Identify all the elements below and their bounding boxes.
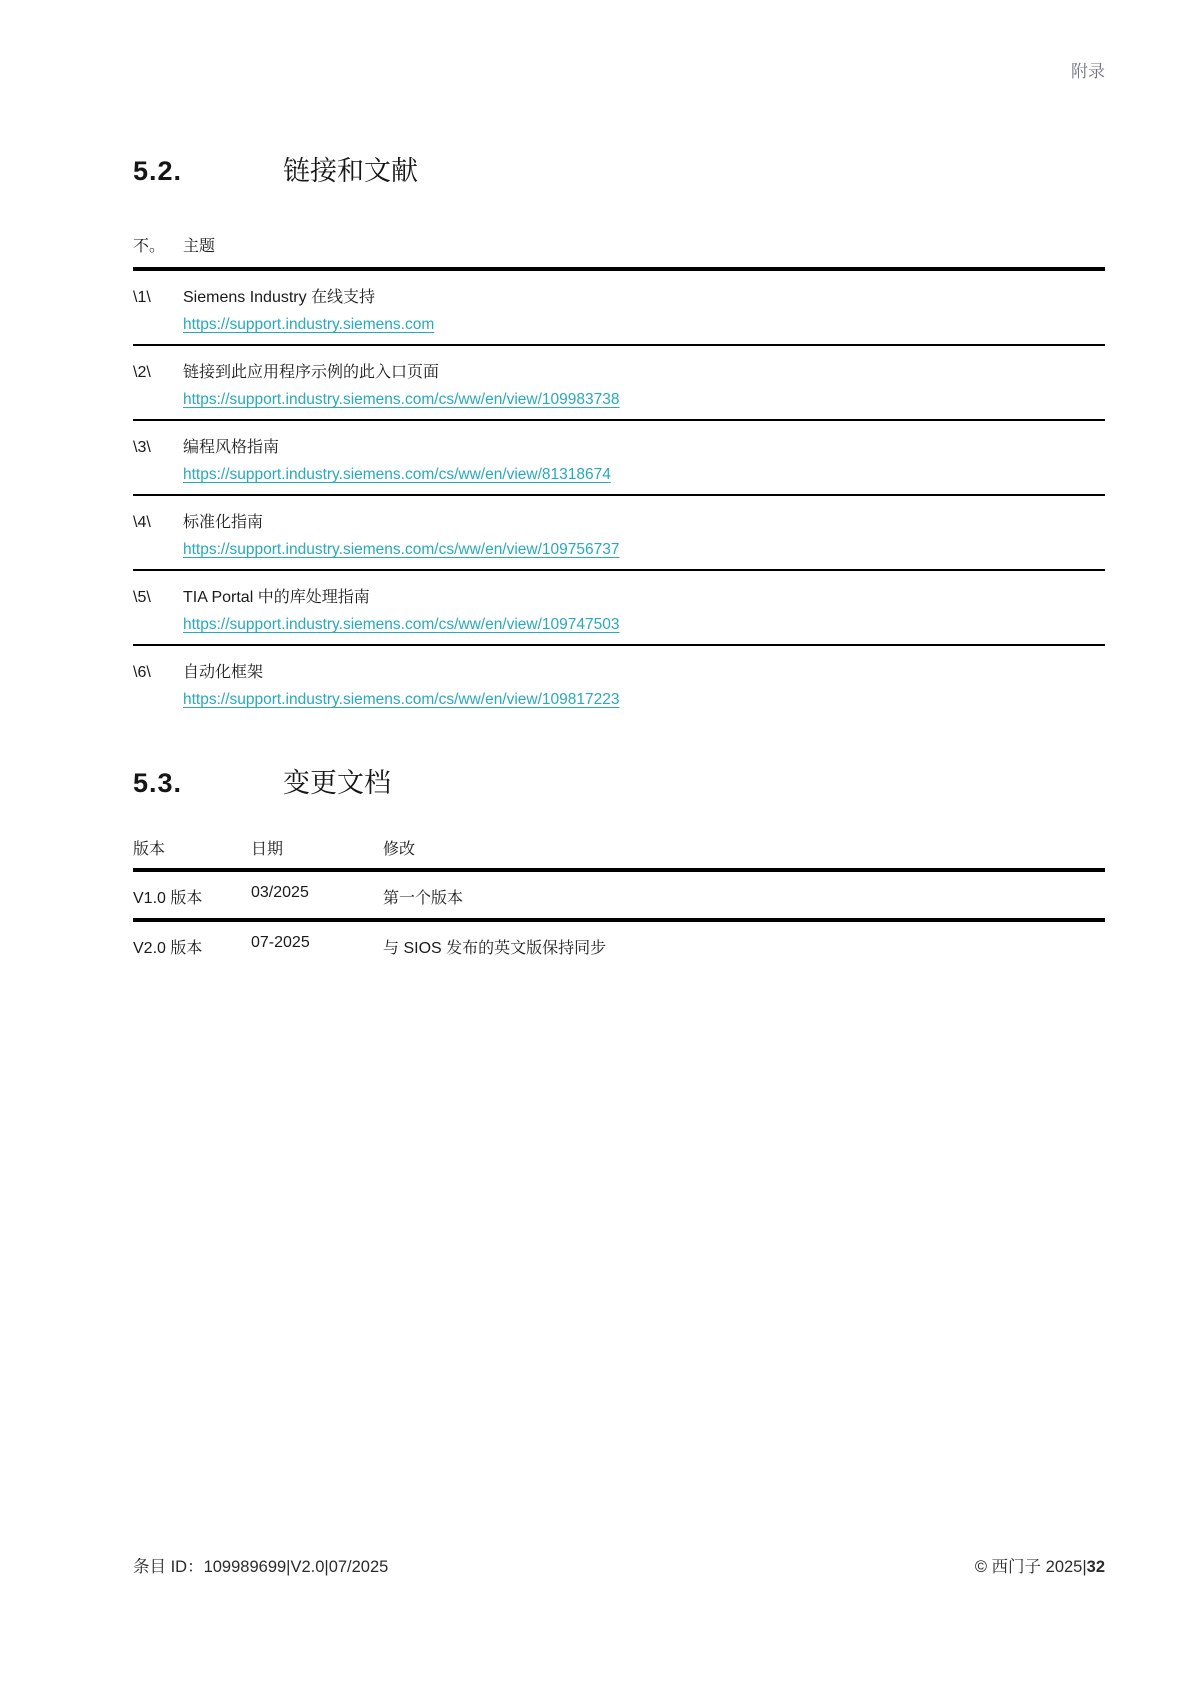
change-cell: 第一个版本: [383, 870, 1105, 920]
column-header-topic: 主题: [183, 237, 1105, 269]
table-row: \4\ 标准化指南 https://support.industry.sieme…: [133, 495, 1105, 570]
version-cell: V1.0 版本: [133, 870, 251, 920]
ref-title: Siemens Industry 在线支持: [183, 288, 1105, 308]
ref-link[interactable]: https://support.industry.siemens.com/cs/…: [183, 616, 620, 633]
footer-entry-id: 条目 ID：109989699|V2.0|07/2025: [133, 1553, 388, 1577]
ref-link[interactable]: https://support.industry.siemens.com/cs/…: [183, 541, 620, 558]
footer-copyright: © 西门子 2025|32: [975, 1553, 1105, 1577]
date-cell: 07-2025: [251, 934, 310, 951]
ref-number: \1\: [133, 269, 183, 345]
change-cell: 与 SIOS 发布的英文版保持同步: [383, 920, 1105, 968]
ref-number: \6\: [133, 645, 183, 719]
column-header-version: 版本: [133, 840, 251, 870]
ref-title: 链接到此应用程序示例的此入口页面: [183, 363, 1105, 383]
table-row: \6\ 自动化框架 https://support.industry.sieme…: [133, 645, 1105, 719]
date-cell: 03/2025: [251, 884, 309, 901]
section-title: 变更文档: [283, 767, 391, 799]
change-documentation-table: 版本 日期 修改 V1.0 版本 03/2025 第一个版本 V2.0 版本 0…: [133, 840, 1105, 968]
document-page: 附录 5.2. 链接和文献 不。 主题 \1\ Siemens Industry…: [0, 0, 1190, 1683]
table-row: V1.0 版本 03/2025 第一个版本: [133, 870, 1105, 920]
ref-link[interactable]: https://support.industry.siemens.com/cs/…: [183, 466, 611, 483]
column-header-no: 不。: [133, 237, 183, 269]
page-footer: 条目 ID：109989699|V2.0|07/2025 © 西门子 2025|…: [133, 1553, 1105, 1577]
ref-title: 自动化框架: [183, 663, 1105, 683]
ref-number: \2\: [133, 345, 183, 420]
ref-number: \4\: [133, 495, 183, 570]
version-cell: V2.0 版本: [133, 920, 251, 968]
table-row: \5\ TIA Portal 中的库处理指南 https://support.i…: [133, 570, 1105, 645]
ref-link[interactable]: https://support.industry.siemens.com/cs/…: [183, 391, 620, 408]
page-content: 5.2. 链接和文献 不。 主题 \1\ Siemens Industry 在线…: [133, 0, 1105, 968]
section-heading-5-2: 5.2. 链接和文献: [133, 155, 1105, 187]
table-header-row: 不。 主题: [133, 237, 1105, 269]
ref-number: \5\: [133, 570, 183, 645]
table-header-row: 版本 日期 修改: [133, 840, 1105, 870]
page-number: 32: [1087, 1558, 1105, 1576]
ref-link[interactable]: https://support.industry.siemens.com: [183, 316, 434, 333]
column-header-date: 日期: [251, 840, 383, 870]
section-title: 链接和文献: [283, 155, 418, 187]
column-header-change: 修改: [383, 840, 1105, 870]
copyright-text: © 西门子 2025|: [975, 1558, 1087, 1576]
ref-title: TIA Portal 中的库处理指南: [183, 588, 1105, 608]
ref-title: 标准化指南: [183, 513, 1105, 533]
table-row: \3\ 编程风格指南 https://support.industry.siem…: [133, 420, 1105, 495]
ref-number: \3\: [133, 420, 183, 495]
ref-link[interactable]: https://support.industry.siemens.com/cs/…: [183, 691, 620, 708]
ref-title: 编程风格指南: [183, 438, 1105, 458]
links-literature-table: 不。 主题 \1\ Siemens Industry 在线支持 https://…: [133, 237, 1105, 719]
section-number: 5.2.: [133, 155, 283, 187]
table-row: \1\ Siemens Industry 在线支持 https://suppor…: [133, 269, 1105, 345]
section-heading-5-3: 5.3. 变更文档: [133, 767, 1105, 799]
table-row: \2\ 链接到此应用程序示例的此入口页面 https://support.ind…: [133, 345, 1105, 420]
section-number: 5.3.: [133, 767, 283, 799]
table-row: V2.0 版本 07-2025 与 SIOS 发布的英文版保持同步: [133, 920, 1105, 968]
